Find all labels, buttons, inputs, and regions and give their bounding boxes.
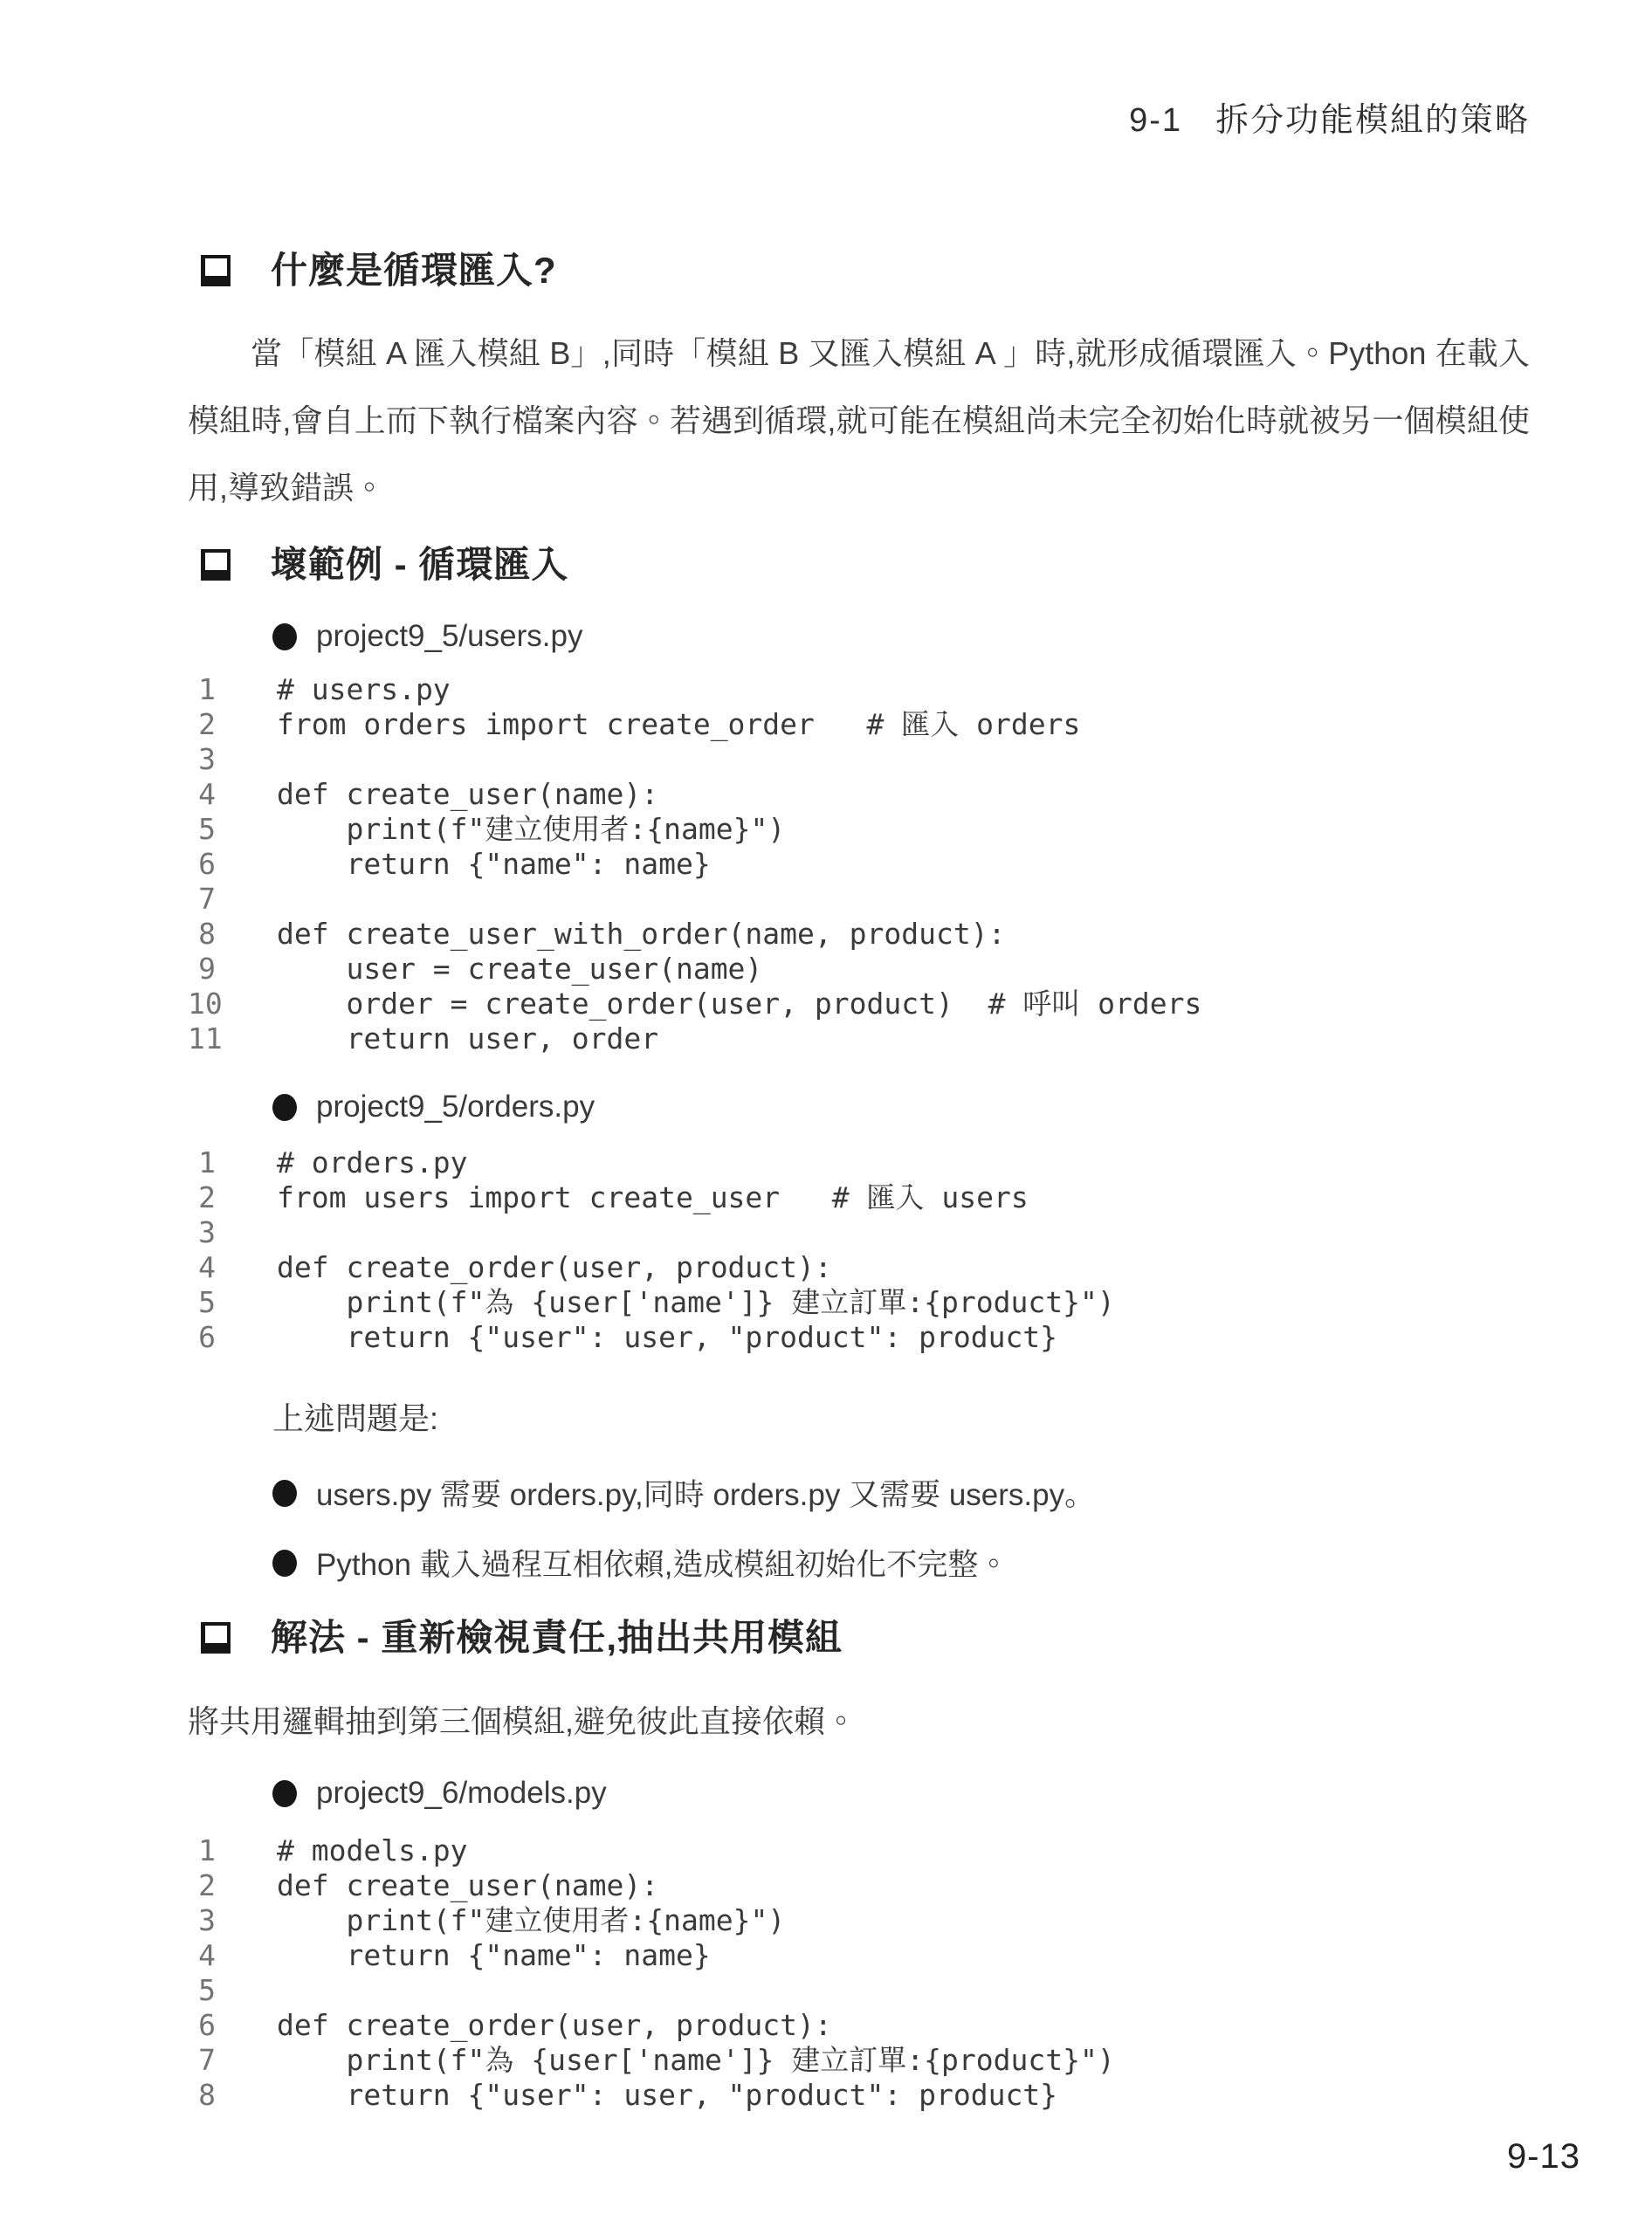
code-line: 2 from users import create_user # 匯入 use…: [188, 1180, 1530, 1215]
file-label-users-py: project9_5/users.py: [272, 617, 1530, 656]
code-line: 8 def create_user_with_order(name, produ…: [188, 917, 1530, 952]
code-text: print(f"建立使用者:{name}"): [277, 812, 785, 847]
code-block-models-py: 1 # models.py 2 def create_user(name): 3…: [188, 1833, 1530, 2113]
circle-bullet-icon: [272, 1480, 297, 1507]
code-line: 6 return {"name": name}: [188, 847, 1530, 882]
code-block-orders-py: 1 # orders.py 2 from users import create…: [188, 1145, 1530, 1355]
code-line: 3: [188, 1215, 1530, 1250]
section-heading-text: 什麼是循環匯入?: [271, 248, 557, 293]
line-number: 3: [188, 742, 216, 777]
line-number: 4: [188, 1250, 216, 1285]
code-line: 2 from orders import create_order # 匯入 o…: [188, 707, 1530, 742]
code-line: 6 return {"user": user, "product": produ…: [188, 1320, 1530, 1355]
line-number: 2: [188, 1180, 216, 1215]
code-text: def create_order(user, product):: [277, 1250, 832, 1285]
line-number: 6: [188, 2008, 216, 2043]
code-line: 7 print(f"為 {user['name']} 建立訂單:{product…: [188, 2043, 1530, 2078]
circle-bullet-icon: [272, 1550, 297, 1577]
circle-bullet-icon: [272, 1094, 297, 1121]
code-line: 5 print(f"建立使用者:{name}"): [188, 812, 1530, 847]
problems-intro: 上述問題是:: [272, 1397, 1530, 1441]
code-text: print(f"建立使用者:{name}"): [277, 1903, 785, 1938]
running-header-title: 拆分功能模組的策略: [1215, 102, 1530, 139]
code-block-users-py: 1 # users.py 2 from orders import create…: [188, 672, 1530, 1056]
line-number: 2: [188, 1868, 216, 1903]
line-number: 1: [188, 1833, 216, 1868]
line-number: 1: [188, 1145, 216, 1180]
line-number: 3: [188, 1903, 216, 1938]
line-number: 8: [188, 917, 216, 952]
code-line: 1 # models.py: [188, 1833, 1530, 1868]
line-number: 3: [188, 1215, 216, 1250]
code-text: return {"user": user, "product": product…: [277, 2078, 1057, 2113]
code-line: 1 # users.py: [188, 672, 1530, 707]
problem-text: users.py 需要 orders.py,同時 orders.py 又需要 u…: [316, 1471, 1095, 1515]
line-number: 7: [188, 2043, 216, 2078]
circle-bullet-icon: [272, 623, 297, 650]
intro-paragraph: 當「模組 A 匯入模組 B」,同時「模組 B 又匯入模組 A 」時,就形成循環匯…: [188, 320, 1530, 521]
line-number: 6: [188, 1320, 216, 1355]
code-text: # users.py: [277, 672, 451, 707]
section-heading-what-is-circular-import: 什麼是循環匯入?: [188, 248, 1530, 293]
line-number: 2: [188, 707, 216, 742]
line-number: 8: [188, 2078, 216, 2113]
page-number: 9-13: [1507, 2137, 1580, 2177]
code-line: 2 def create_user(name):: [188, 1868, 1530, 1903]
code-text: def create_order(user, product):: [277, 2008, 832, 2043]
code-line: 4 return {"name": name}: [188, 1938, 1530, 1973]
solution-paragraph: 將共用邏輯抽到第三個模組,避免彼此直接依賴。: [188, 1695, 1530, 1748]
file-label-models-py: project9_6/models.py: [272, 1774, 1530, 1812]
line-number: 7: [188, 882, 216, 917]
running-header-section-number: 9-1: [1129, 102, 1182, 139]
section-heading-bad-example: 壞範例 - 循環匯入: [188, 542, 1530, 588]
file-label-orders-py: project9_5/orders.py: [272, 1088, 1530, 1126]
section-heading-text: 解法 - 重新檢視責任,抽出共用模組: [271, 1615, 843, 1661]
code-text: def create_user(name):: [277, 777, 658, 812]
code-line: 3: [188, 742, 1530, 777]
code-text: # orders.py: [277, 1145, 468, 1180]
section-heading-text: 壞範例 - 循環匯入: [271, 542, 568, 588]
line-number: 10: [188, 987, 216, 1021]
code-text: from orders import create_order # 匯入 ord…: [277, 707, 1080, 742]
code-line: 4 def create_order(user, product):: [188, 1250, 1530, 1285]
square-bullet-icon: [201, 1622, 231, 1654]
file-name: project9_6/models.py: [316, 1776, 607, 1811]
line-number: 11: [188, 1021, 216, 1056]
code-text: from users import create_user # 匯入 users: [277, 1180, 1029, 1215]
code-line: 9 user = create_user(name): [188, 952, 1530, 987]
code-line: 3 print(f"建立使用者:{name}"): [188, 1903, 1530, 1938]
code-text: return {"user": user, "product": product…: [277, 1320, 1057, 1355]
line-number: 4: [188, 777, 216, 812]
code-text: def create_user(name):: [277, 1868, 658, 1903]
file-name: project9_5/orders.py: [316, 1090, 595, 1124]
line-number: 5: [188, 1973, 216, 2008]
code-text: print(f"為 {user['name']} 建立訂單:{product}"…: [277, 2043, 1115, 2078]
code-text: order = create_order(user, product) # 呼叫…: [277, 987, 1201, 1021]
square-bullet-icon: [201, 549, 231, 581]
running-header: 9-1拆分功能模組的策略: [188, 0, 1530, 134]
code-line: 5 print(f"為 {user['name']} 建立訂單:{product…: [188, 1285, 1530, 1320]
square-bullet-icon: [201, 255, 231, 286]
code-text: def create_user_with_order(name, product…: [277, 917, 1005, 952]
section-heading-solution: 解法 - 重新檢視責任,抽出共用模組: [188, 1615, 1530, 1661]
line-number: 5: [188, 1285, 216, 1320]
code-text: user = create_user(name): [277, 952, 762, 987]
code-line: 8 return {"user": user, "product": produ…: [188, 2078, 1530, 2113]
circle-bullet-icon: [272, 1780, 297, 1807]
problem-list-item: users.py 需要 orders.py,同時 orders.py 又需要 u…: [272, 1472, 1530, 1514]
code-text: return user, order: [277, 1021, 658, 1056]
code-text: # models.py: [277, 1833, 468, 1868]
code-line: 5: [188, 1973, 1530, 2008]
problem-list-item: Python 載入過程互相依賴,造成模組初始化不完整。: [272, 1542, 1530, 1584]
code-text: return {"name": name}: [277, 847, 711, 882]
document-page: 9-1拆分功能模組的策略 什麼是循環匯入? 當「模組 A 匯入模組 B」,同時「…: [0, 0, 1652, 2235]
code-line: 6 def create_order(user, product):: [188, 2008, 1530, 2043]
code-line: 11 return user, order: [188, 1021, 1530, 1056]
code-line: 7: [188, 882, 1530, 917]
code-text: print(f"為 {user['name']} 建立訂單:{product}"…: [277, 1285, 1115, 1320]
code-line: 4 def create_user(name):: [188, 777, 1530, 812]
code-text: return {"name": name}: [277, 1938, 711, 1973]
line-number: 6: [188, 847, 216, 882]
code-line: 1 # orders.py: [188, 1145, 1530, 1180]
line-number: 5: [188, 812, 216, 847]
problem-text: Python 載入過程互相依賴,造成模組初始化不完整。: [316, 1541, 1008, 1585]
code-line: 10 order = create_order(user, product) #…: [188, 987, 1530, 1021]
file-name: project9_5/users.py: [316, 619, 582, 654]
line-number: 1: [188, 672, 216, 707]
line-number: 4: [188, 1938, 216, 1973]
problems-list: users.py 需要 orders.py,同時 orders.py 又需要 u…: [188, 1472, 1530, 1584]
line-number: 9: [188, 952, 216, 987]
